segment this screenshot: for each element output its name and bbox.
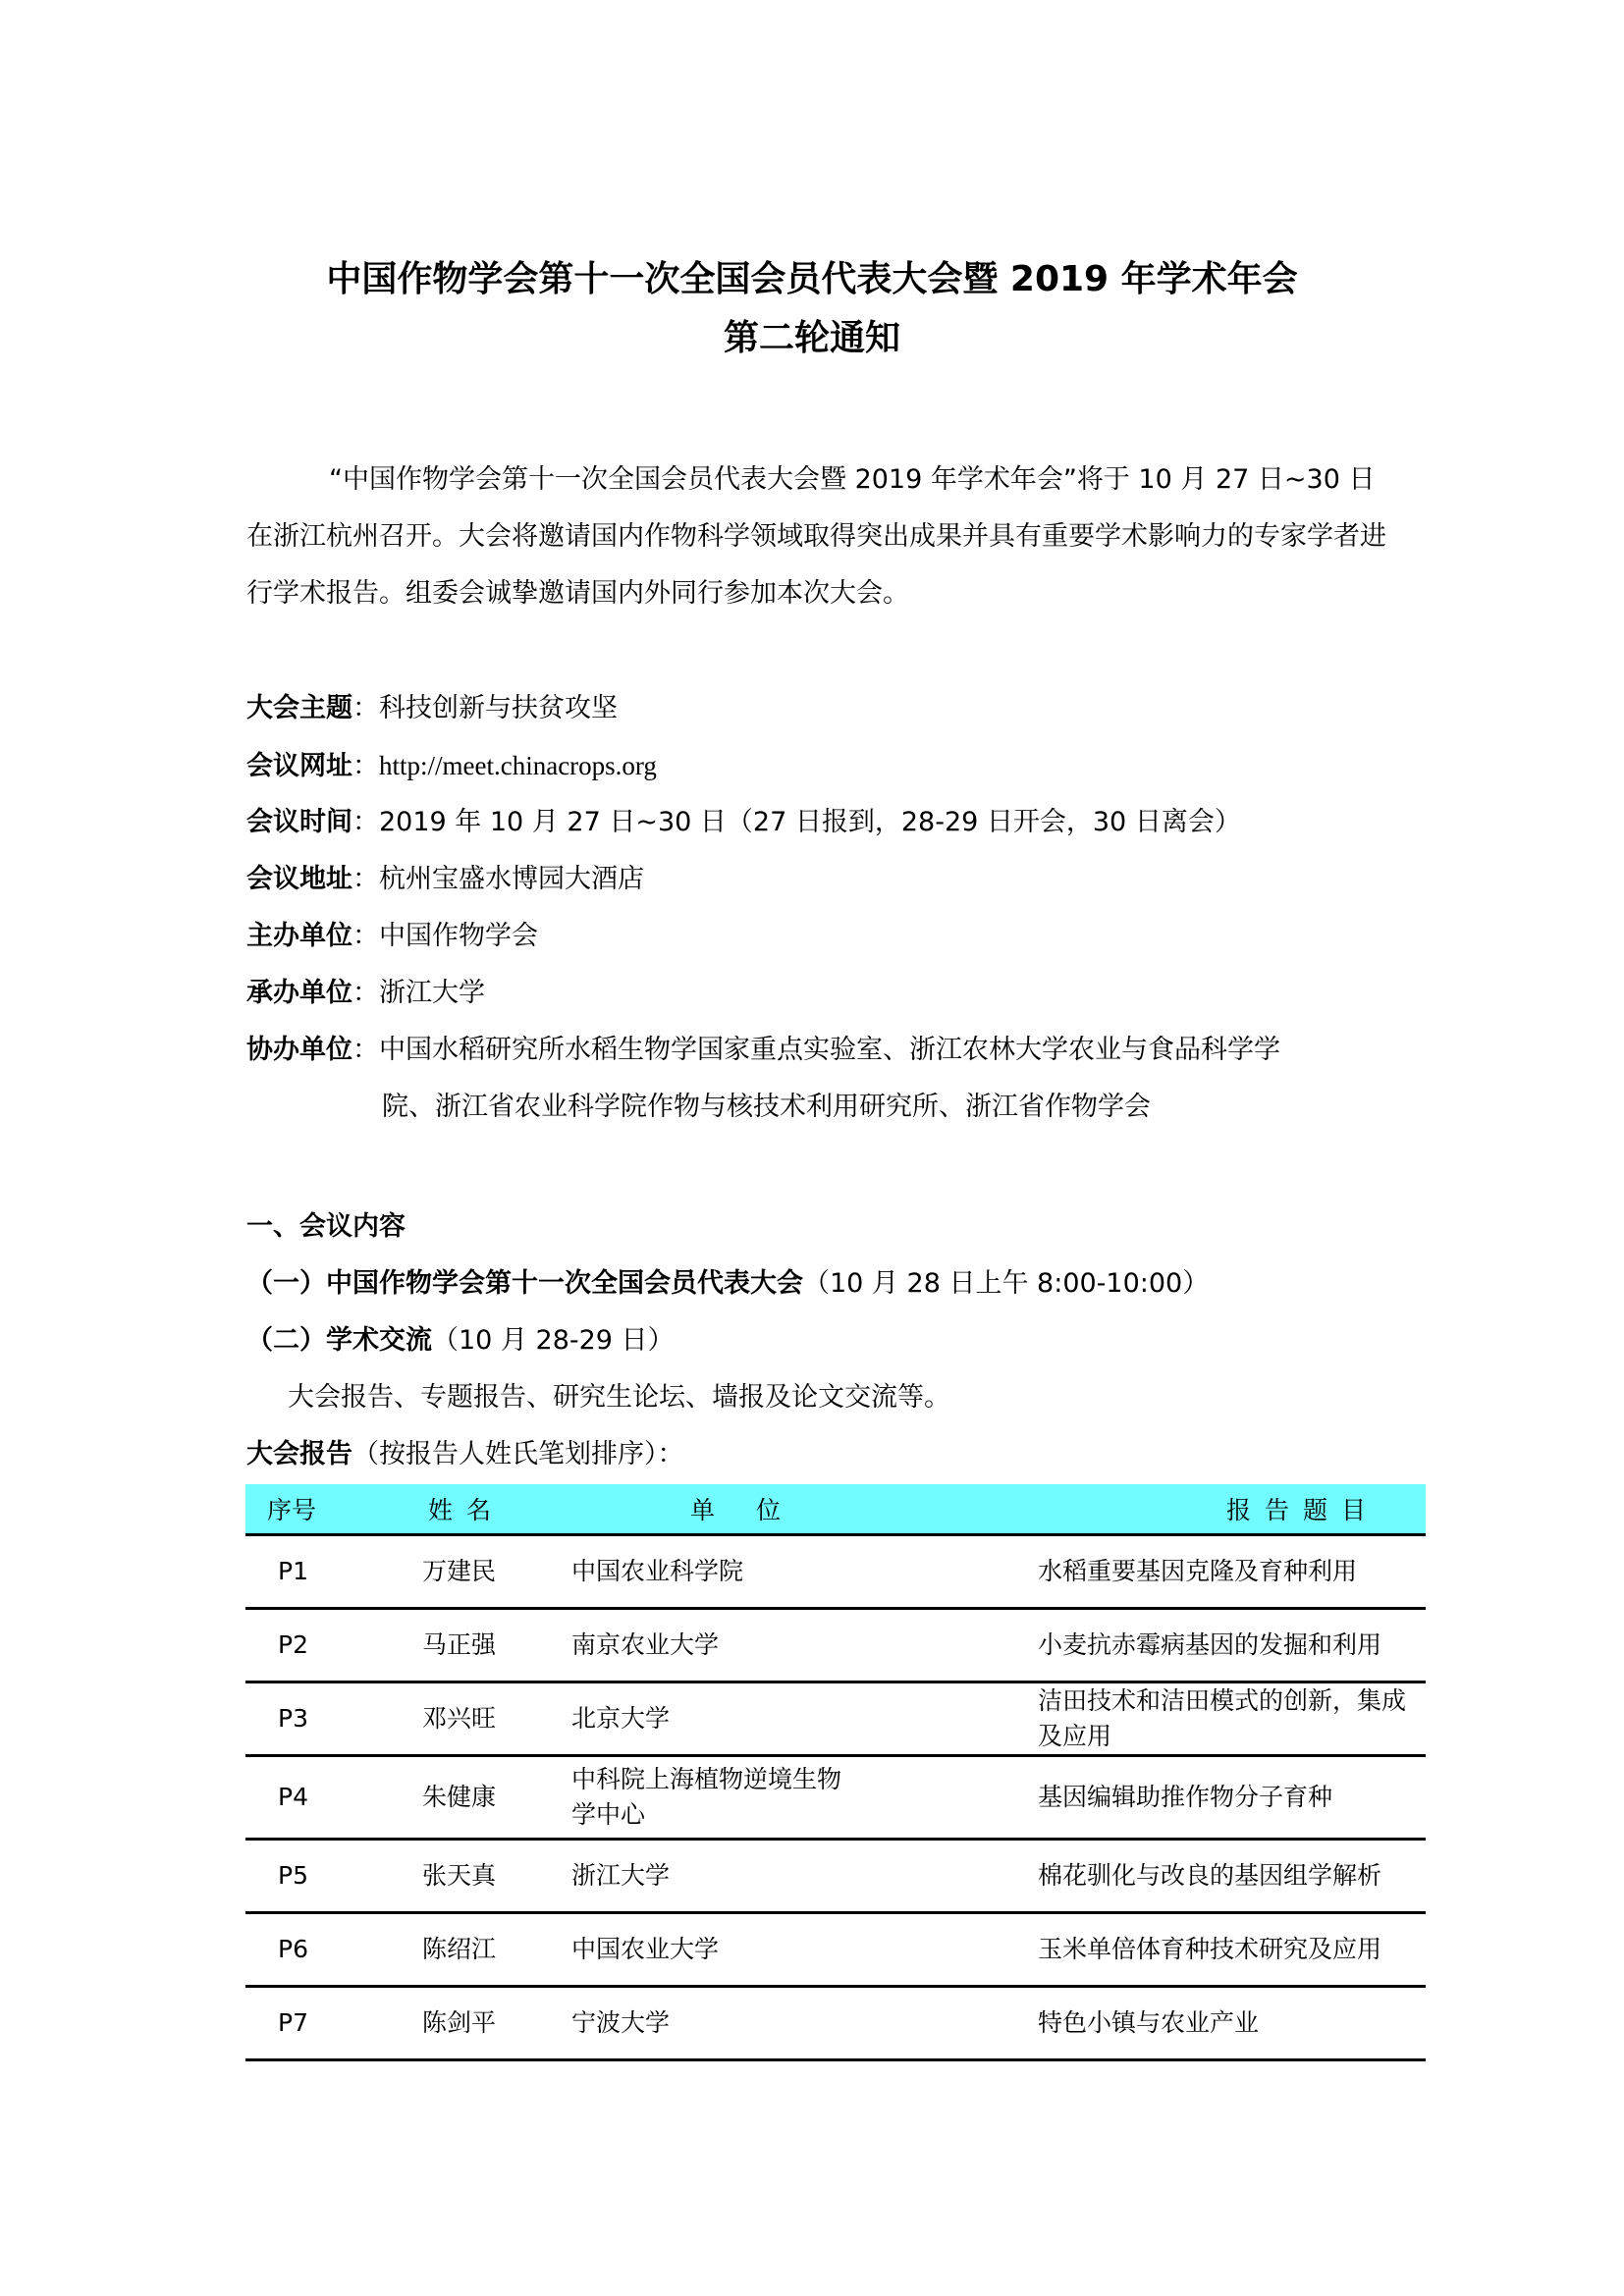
reports-caption: 大会报告（按报告人姓氏笔划排序）：: [246, 1426, 684, 1483]
subsection-1: （一）中国作物学会第十一次全国会员代表大会（10 月 28 日上午 8:00-1…: [246, 1255, 1209, 1312]
cell-topic: 基因编辑助推作物分子育种: [1038, 1756, 1426, 1840]
info-host: 主办单位：中国作物学会: [246, 908, 538, 965]
header-no: 序号: [245, 1484, 422, 1535]
subsection-2-label: （二）学术交流: [246, 1325, 432, 1356]
subsection-2: （二）学术交流（10 月 28-29 日）: [246, 1312, 675, 1369]
cell-unit: 宁波大学: [571, 1987, 1038, 2060]
cell-name: 马正强: [422, 1609, 571, 1682]
info-label: 承办单位: [246, 978, 352, 1008]
info-label: 大会主题: [246, 693, 352, 723]
cell-unit: 南京农业大学: [571, 1609, 1038, 1682]
reports-note: （按报告人姓氏笔划排序）：: [352, 1439, 684, 1469]
cell-unit-line1: 中科院上海植物逆境生物: [571, 1762, 1038, 1797]
intro-paragraph: “中国作物学会第十一次全国会员代表大会暨 2019 年学术年会”将于 10 月 …: [246, 452, 1395, 622]
table-header-row: 序号 姓名 单位 报告题目: [245, 1484, 1426, 1535]
cell-name: 朱健康: [422, 1756, 571, 1840]
header-unit: 单位: [571, 1484, 1038, 1535]
info-value: 中国作物学会: [379, 921, 538, 951]
table-row: P3 邓兴旺 北京大学 洁田技术和洁田模式的创新，集成及应用: [245, 1682, 1426, 1756]
info-value: 科技创新与扶贫攻坚: [379, 693, 618, 723]
cell-unit: 中国农业科学院: [571, 1535, 1038, 1609]
cell-topic: 玉米单倍体育种技术研究及应用: [1038, 1913, 1426, 1987]
info-time: 会议时间：2019 年 10 月 27 日~30 日（27 日报到，28-29 …: [246, 794, 1241, 851]
info-theme: 大会主题：科技创新与扶贫攻坚: [246, 680, 618, 737]
website-link[interactable]: http://meet.chinacrops.org: [379, 751, 657, 780]
header-topic: 报告题目: [1038, 1484, 1426, 1535]
subsection-2-description: 大会报告、专题报告、研究生论坛、墙报及论文交流等。: [288, 1369, 950, 1426]
info-sep: ：: [352, 1035, 379, 1065]
info-label: 会议地址: [246, 864, 352, 894]
cell-no: P5: [245, 1840, 422, 1913]
info-website: 会议网址：http://meet.chinacrops.org: [246, 737, 657, 795]
cell-unit: 中国农业大学: [571, 1913, 1038, 1987]
cell-topic: 小麦抗赤霉病基因的发掘和利用: [1038, 1609, 1426, 1682]
cell-unit: 浙江大学: [571, 1840, 1038, 1913]
cell-topic: 洁田技术和洁田模式的创新，集成及应用: [1038, 1682, 1426, 1756]
subsection-1-label: （一）中国作物学会第十一次全国会员代表大会: [246, 1268, 803, 1299]
table-row: P2 马正强 南京农业大学 小麦抗赤霉病基因的发掘和利用: [245, 1609, 1426, 1682]
cell-unit: 北京大学: [571, 1682, 1038, 1756]
info-value: 浙江大学: [379, 978, 485, 1008]
cell-no: P3: [245, 1682, 422, 1756]
cell-no: P1: [245, 1535, 422, 1609]
cell-name: 陈绍江: [422, 1913, 571, 1987]
info-value: 2019 年 10 月 27 日~30 日（27 日报到，28-29 日开会，3…: [379, 807, 1241, 837]
info-sep: ：: [352, 693, 379, 723]
info-sep: ：: [352, 864, 379, 894]
header-name: 姓名: [422, 1484, 571, 1535]
info-value: 中国水稻研究所水稻生物学国家重点实验室、浙江农林大学农业与食品科学学: [379, 1035, 1280, 1065]
cell-topic: 棉花驯化与改良的基因组学解析: [1038, 1840, 1426, 1913]
subsection-1-note: （10 月 28 日上午 8:00-10:00）: [803, 1268, 1209, 1299]
table-row: P4 朱健康 中科院上海植物逆境生物 学中心 基因编辑助推作物分子育种: [245, 1756, 1426, 1840]
info-sep: ：: [352, 978, 379, 1008]
subsection-2-note: （10 月 28-29 日）: [432, 1325, 675, 1356]
info-label: 会议时间: [246, 807, 352, 837]
info-label: 会议网址: [246, 751, 352, 781]
cell-name: 陈剑平: [422, 1987, 571, 2060]
cell-name: 张天真: [422, 1840, 571, 1913]
document-title-line1: 中国作物学会第十一次全国会员代表大会暨 2019 年学术年会: [0, 251, 1624, 301]
cell-name: 万建民: [422, 1535, 571, 1609]
reports-table: 序号 姓名 单位 报告题目 P1 万建民 中国农业科学院 水稻重要基因克隆及育种…: [245, 1484, 1426, 2061]
info-sep: ：: [352, 921, 379, 951]
table-row: P5 张天真 浙江大学 棉花驯化与改良的基因组学解析: [245, 1840, 1426, 1913]
info-sep: ：: [352, 807, 379, 837]
table-row: P7 陈剑平 宁波大学 特色小镇与农业产业: [245, 1987, 1426, 2060]
cell-name: 邓兴旺: [422, 1682, 571, 1756]
info-label: 主办单位: [246, 921, 352, 951]
reports-label: 大会报告: [246, 1439, 352, 1469]
cell-unit: 中科院上海植物逆境生物 学中心: [571, 1756, 1038, 1840]
cell-unit-line2: 学中心: [571, 1797, 1038, 1833]
cell-no: P6: [245, 1913, 422, 1987]
info-co-organizer: 协办单位：中国水稻研究所水稻生物学国家重点实验室、浙江农林大学农业与食品科学学 …: [246, 1022, 1280, 1136]
info-label: 协办单位: [246, 1035, 352, 1065]
cell-no: P4: [245, 1756, 422, 1840]
document-title-line2: 第二轮通知: [0, 310, 1624, 360]
info-sep: ：: [352, 751, 379, 781]
info-value-continued: 院、浙江省农业科学院作物与核技术利用研究所、浙江省作物学会: [246, 1079, 1280, 1136]
table-row: P6 陈绍江 中国农业大学 玉米单倍体育种技术研究及应用: [245, 1913, 1426, 1987]
info-value: 杭州宝盛水博园大酒店: [379, 864, 644, 894]
section-heading: 一、会议内容: [246, 1199, 406, 1255]
info-venue: 会议地址：杭州宝盛水博园大酒店: [246, 851, 644, 908]
cell-no: P2: [245, 1609, 422, 1682]
cell-topic: 水稻重要基因克隆及育种利用: [1038, 1535, 1426, 1609]
cell-no: P7: [245, 1987, 422, 2060]
cell-topic: 特色小镇与农业产业: [1038, 1987, 1426, 2060]
table-row: P1 万建民 中国农业科学院 水稻重要基因克隆及育种利用: [245, 1535, 1426, 1609]
info-organizer: 承办单位：浙江大学: [246, 965, 485, 1022]
